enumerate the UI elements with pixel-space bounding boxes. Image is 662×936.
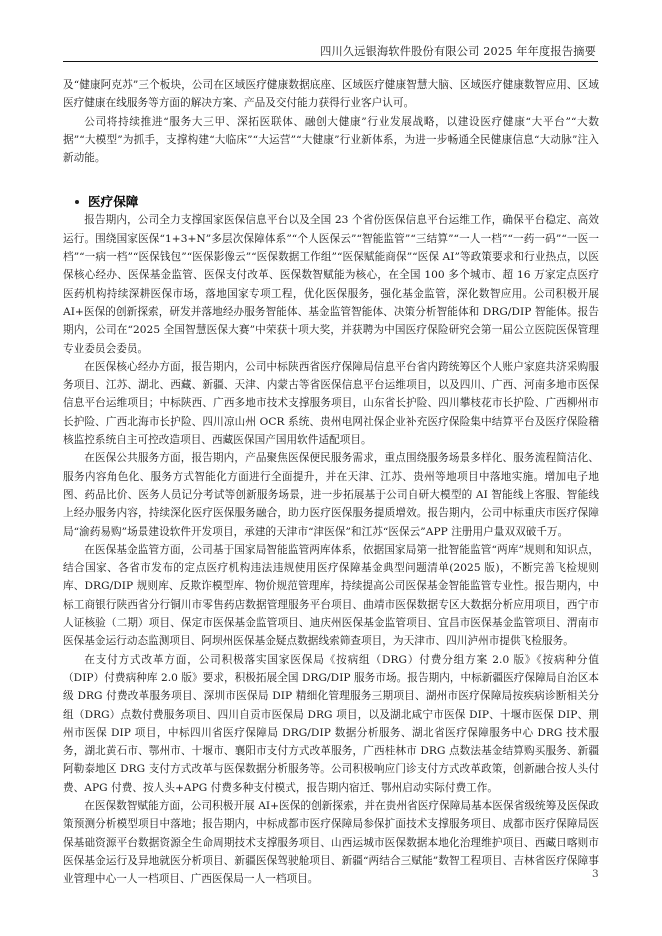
bullet-dot-icon (75, 200, 79, 204)
page-number: 3 (592, 868, 599, 880)
section-paragraph-digital-empowerment: 在医保数智赋能方面，公司积极开展 AI+医保的创新探索，并在贵州省医疗保障局基本… (63, 797, 599, 888)
page-header: 四川久远银海软件股份有限公司 2025 年年度报告摘要 (63, 40, 598, 62)
intro-paragraph-strategy: 公司将持续推进“服务大三甲、深拓医联体、融创大健康”行业发展战略，以建设医疗健康… (63, 113, 599, 168)
section-paragraph-overview: 报告期内，公司全力支撑国家医保信息平台以及全国 23 个省份医保信息平台运维工作… (63, 211, 599, 357)
report-title: 四川久远银海软件股份有限公司 2025 年年度报告摘要 (320, 43, 596, 59)
section-paragraph-public-service: 在医保公共服务方面，报告期内，产品聚焦医保便民服务需求，重点围绕服务场景多样化、… (63, 449, 599, 540)
section-heading-medical-insurance: 医疗保障 (63, 193, 599, 211)
section-paragraph-fund-supervision: 在医保基金监管方面，公司基于国家局智能监管两库体系，依据国家局第一批智能监管“两… (63, 541, 599, 651)
section-heading-text: 医疗保障 (88, 193, 138, 211)
section-paragraph-core-handling: 在医保核心经办方面，报告期内，公司中标陕西省医疗保障局信息平台省内跨统筹区个人账… (63, 358, 599, 449)
section-paragraph-payment-reform: 在支付方式改革方面，公司积极落实国家医保局《按病组（DRG）付费分组方案 2.0… (63, 651, 599, 797)
intro-paragraph-continued: 及“健康阿克苏”三个板块，公司在区域医疗健康数据底座、区域医疗健康智慧大脑、区域… (63, 76, 599, 113)
document-body: 及“健康阿克苏”三个板块，公司在区域医疗健康数据底座、区域医疗健康智慧大脑、区域… (63, 76, 599, 888)
